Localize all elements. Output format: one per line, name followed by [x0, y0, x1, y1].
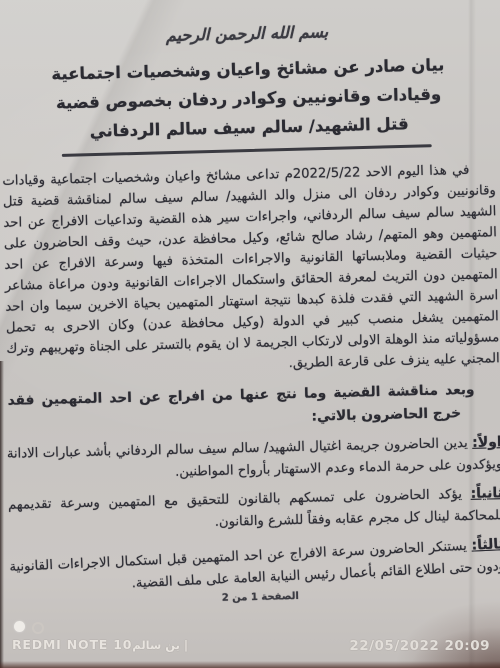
- basmala-calligraphy: بسم الله الرحمن الرحيم: [0, 18, 500, 49]
- statement-title: بيان صادر عن مشائخ واعيان وشخصيات اجتماع…: [0, 49, 500, 148]
- resolution-intro-paragraph: وبعد مناقشة القضية وما نتج عنها من افراج…: [7, 379, 461, 435]
- item-second-text: يؤكد الحاضرون على تمسكهم بالقانون للتحقي…: [8, 487, 500, 529]
- title-divider-line: [62, 144, 432, 157]
- item-third-label: ثالثاً:: [471, 536, 500, 553]
- resolution-item-second: ثانياً: يؤكد الحاضرون على تمسكهم بالقانو…: [8, 483, 500, 538]
- item-first-label: اولاً:: [472, 434, 500, 451]
- item-third-text: يستنكر الحاضرون سرعة الافراج عن احد المت…: [9, 539, 500, 591]
- item-first-text: يدين الحاضرون جريمة اغتيال الشهيد/ سالم …: [7, 436, 500, 479]
- watermark-device-label: REDMI NOTE 10: [12, 637, 132, 652]
- watermark-ring-circle-icon: [32, 622, 44, 634]
- document-page: بسم الله الرحمن الرحيم بيان صادر عن مشائ…: [0, 0, 500, 609]
- item-second-label: ثانياً:: [470, 485, 500, 502]
- watermark-owner-label: | بن سالم: [132, 638, 188, 652]
- watermark-filled-circle-icon: [14, 621, 25, 632]
- photo-bottom-edge-shadow: [0, 661, 500, 668]
- document-photo: بسم الله الرحمن الرحيم بيان صادر عن مشائ…: [0, 0, 500, 668]
- photo-left-edge-shadow: [0, 361, 4, 668]
- body-paragraph: في هذا اليوم الاحد 2022/5/22م تداعى مشائ…: [2, 159, 500, 381]
- resolution-item-first: اولاً: يدين الحاضرون جريمة اغتيال الشهيد…: [7, 432, 500, 487]
- camera-watermark: REDMI NOTE 10| بن سالم: [12, 637, 188, 652]
- photo-timestamp: 22/05/2022 20:09: [349, 638, 490, 654]
